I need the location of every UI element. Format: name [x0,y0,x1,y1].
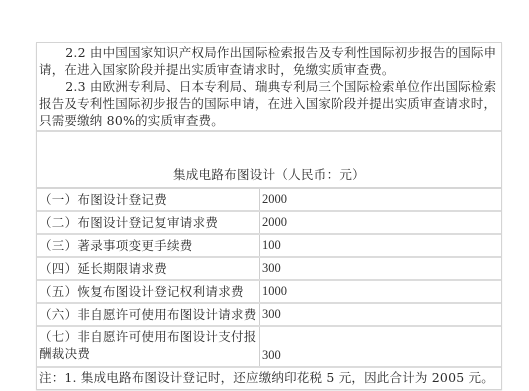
fee-table: （一）布图设计登记费 2000 （二）布图设计登记复审请求费 2000 （三）著… [37,189,501,368]
table-row: （三）著录事项变更手续费 100 [37,234,501,257]
fee-item: （六）非自愿许可使用布图设计请求费 [37,303,260,326]
fee-document: 2.2 由中国国家知识产权局作出国际检索报告及专利性国际初步报告的国际申请，在进… [36,42,502,390]
fee-amount: 2000 [260,189,502,211]
fee-item: （四）延长期限请求费 [37,257,260,280]
fee-item: （三）著录事项变更手续费 [37,234,260,257]
table-row: （七）非自愿许可使用布图设计支付报酬裁决费 300 [37,326,501,367]
table-note: 注：1. 集成电路布图设计登记时，还应缴纳印花税 5 元，因此合计为 2005 … [37,368,501,389]
table-row: （一）布图设计登记费 2000 [37,189,501,211]
fee-item: （一）布图设计登记费 [37,189,260,211]
table-row: （五）恢复布图设计登记权利请求费 1000 [37,280,501,303]
fee-amount: 1000 [260,280,502,303]
table-caption: 集成电路布图设计（人民币：元） [37,132,501,189]
fee-amount: 300 [260,326,502,367]
fee-item: （七）非自愿许可使用布图设计支付报酬裁决费 [37,326,260,367]
table-row: （六）非自愿许可使用布图设计请求费 300 [37,303,501,326]
intro-section: 2.2 由中国国家知识产权局作出国际检索报告及专利性国际初步报告的国际申请，在进… [37,43,501,132]
table-row: （四）延长期限请求费 300 [37,257,501,280]
table-row: （二）布图设计登记复审请求费 2000 [37,211,501,234]
fee-amount: 300 [260,303,502,326]
fee-amount: 100 [260,234,502,257]
paragraph-2-2: 2.2 由中国国家知识产权局作出国际检索报告及专利性国际初步报告的国际申请，在进… [39,44,497,78]
fee-item: （五）恢复布图设计登记权利请求费 [37,280,260,303]
fee-item: （二）布图设计登记复审请求费 [37,211,260,234]
fee-amount: 2000 [260,211,502,234]
fee-amount: 300 [260,257,502,280]
paragraph-2-3: 2.3 由欧洲专利局、日本专利局、瑞典专利局三个国际检索单位作出国际检索报告及专… [39,78,497,129]
